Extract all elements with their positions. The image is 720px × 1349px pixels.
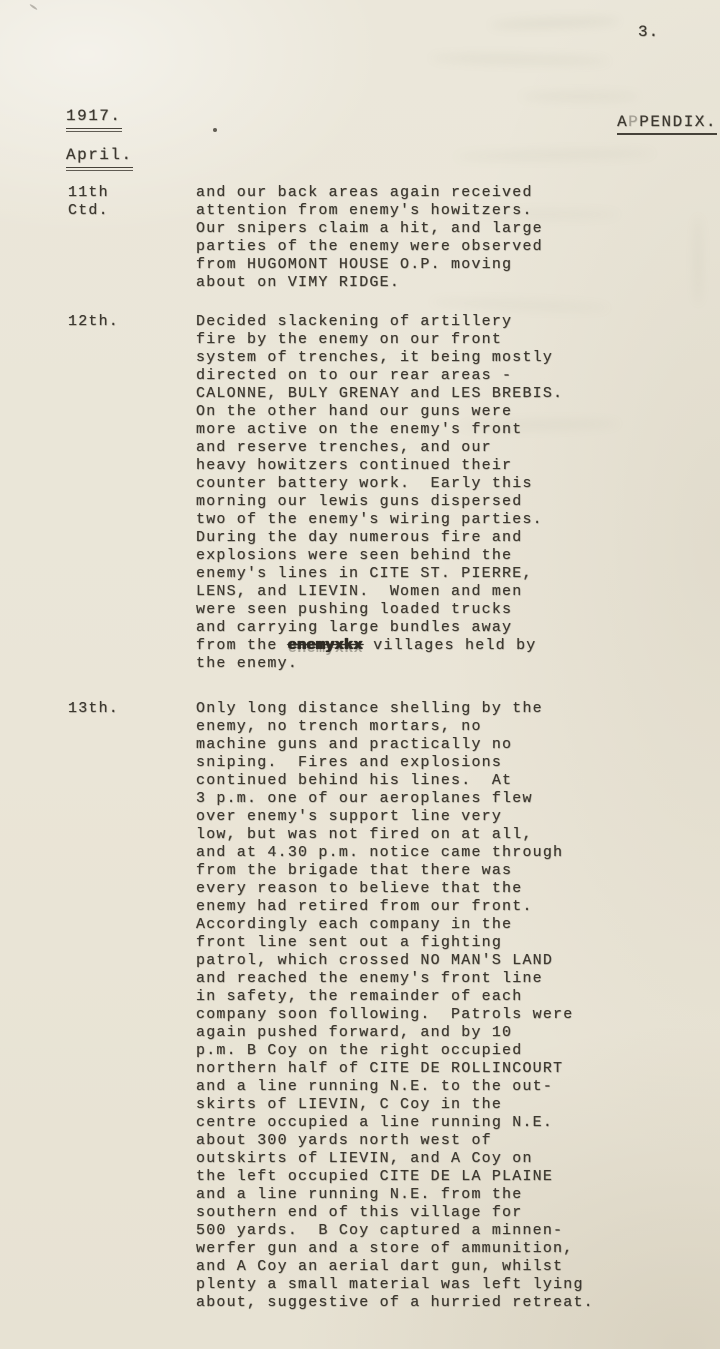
entry-line: in safety, the remainder of each	[196, 988, 704, 1006]
showthrough-mark	[520, 92, 640, 101]
entry-line: enemy had retired from our front.	[196, 898, 704, 916]
entry-line: explosions were seen behind the	[196, 547, 704, 565]
entry-line: and a line running N.E. from the	[196, 1186, 704, 1204]
month-heading: April.	[66, 146, 133, 168]
entry-line: counter battery work. Early this	[196, 475, 704, 493]
entry-line: over enemy's support line very	[196, 808, 704, 826]
showthrough-mark	[455, 148, 655, 161]
entry-line: about, suggestive of a hurried retreat.	[196, 1294, 704, 1312]
showthrough-mark	[430, 53, 610, 65]
entry-date-label-line: 13th.	[68, 700, 196, 718]
overstruck-text: enemyxkx	[288, 637, 363, 654]
entry-line: outskirts of LIEVIN, and A Coy on	[196, 1150, 704, 1168]
appendix-rest: PENDIX.	[639, 113, 717, 131]
entry-line: two of the enemy's wiring parties.	[196, 511, 704, 529]
entry-line: the enemy.	[196, 655, 704, 673]
entry-date-label-line: 11th	[68, 184, 196, 202]
appendix-lead: A	[617, 113, 628, 131]
entry-line: and A Coy an aerial dart gun, whilst	[196, 1258, 704, 1276]
entry-date-label: 12th.	[68, 313, 196, 331]
entry-line: plenty a small material was left lying	[196, 1276, 704, 1294]
entry-line: Accordingly each company in the	[196, 916, 704, 934]
month-heading-text: April.	[66, 146, 133, 168]
year-heading-text: 1917.	[66, 107, 122, 129]
entry-line: skirts of LIEVIN, C Coy in the	[196, 1096, 704, 1114]
entry-line: LENS, and LIEVIN. Women and men	[196, 583, 704, 601]
entry-line: from HUGOMONT HOUSE O.P. moving	[196, 256, 704, 274]
entry-line: system of trenches, it being mostly	[196, 349, 704, 367]
entry-line: from the enemyxkx villages held by	[196, 637, 704, 655]
showthrough-mark	[490, 16, 620, 31]
entry-line: On the other hand our guns were	[196, 403, 704, 421]
entry-line: and at 4.30 p.m. notice came through	[196, 844, 704, 862]
entry-line: northern half of CITE DE ROLLINCOURT	[196, 1060, 704, 1078]
ink-speck	[29, 4, 38, 11]
entry-line: southern end of this village for	[196, 1204, 704, 1222]
entry-line: were seen pushing loaded trucks	[196, 601, 704, 619]
appendix-faint-letter: P	[628, 113, 639, 131]
entry-line: machine guns and practically no	[196, 736, 704, 754]
entry-line: 500 yards. B Coy captured a minnen-	[196, 1222, 704, 1240]
entry-line: centre occupied a line running N.E.	[196, 1114, 704, 1132]
diary-entry: 11thCtd.and our back areas again receive…	[68, 184, 704, 292]
entry-line: about 300 yards north west of	[196, 1132, 704, 1150]
entry-line: the left occupied CITE DE LA PLAINE	[196, 1168, 704, 1186]
entry-line: again pushed forward, and by 10	[196, 1024, 704, 1042]
ink-speck	[213, 128, 217, 132]
entry-line: parties of the enemy were observed	[196, 238, 704, 256]
entry-body: Decided slackening of artilleryfire by t…	[196, 313, 704, 673]
diary-entry: 13th.Only long distance shelling by thee…	[68, 700, 704, 1312]
entry-date-label: 13th.	[68, 700, 196, 718]
entry-line: about on VIMY RIDGE.	[196, 274, 704, 292]
entry-line: Only long distance shelling by the	[196, 700, 704, 718]
entry-line: company soon following. Patrols were	[196, 1006, 704, 1024]
entry-line: more active on the enemy's front	[196, 421, 704, 439]
appendix-heading: APPENDIX.	[617, 113, 717, 135]
year-heading: 1917.	[66, 107, 122, 129]
entry-line: continued behind his lines. At	[196, 772, 704, 790]
entry-line: Our snipers claim a hit, and large	[196, 220, 704, 238]
entry-line: low, but was not fired on at all,	[196, 826, 704, 844]
entry-line: p.m. B Coy on the right occupied	[196, 1042, 704, 1060]
entry-line: and a line running N.E. to the out-	[196, 1078, 704, 1096]
document-page: 3. 1917. APPENDIX. April. 11thCtd.and ou…	[0, 0, 720, 1349]
entry-line: patrol, which crossed NO MAN'S LAND	[196, 952, 704, 970]
entry-line: 3 p.m. one of our aeroplanes flew	[196, 790, 704, 808]
entry-body: Only long distance shelling by theenemy,…	[196, 700, 704, 1312]
entry-line: CALONNE, BULY GRENAY and LES BREBIS.	[196, 385, 704, 403]
entry-line: enemy's lines in CITE ST. PIERRE,	[196, 565, 704, 583]
entry-line: and reached the enemy's front line	[196, 970, 704, 988]
entry-line: attention from enemy's howitzers.	[196, 202, 704, 220]
entry-line: morning our lewis guns dispersed	[196, 493, 704, 511]
entry-line: front line sent out a fighting	[196, 934, 704, 952]
entry-line: enemy, no trench mortars, no	[196, 718, 704, 736]
entry-line: fire by the enemy on our front	[196, 331, 704, 349]
entry-date-label-line: Ctd.	[68, 202, 196, 220]
entry-line: from the brigade that there was	[196, 862, 704, 880]
entry-line: directed on to our rear areas -	[196, 367, 704, 385]
entry-line: werfer gun and a store of ammunition,	[196, 1240, 704, 1258]
showthrough-mark	[430, 297, 610, 313]
entry-line: sniping. Fires and explosions	[196, 754, 704, 772]
entry-line: heavy howitzers continued their	[196, 457, 704, 475]
entry-body: and our back areas again receivedattenti…	[196, 184, 704, 292]
entry-date-label: 11thCtd.	[68, 184, 196, 220]
entry-line: Decided slackening of artillery	[196, 313, 704, 331]
entry-line: and reserve trenches, and our	[196, 439, 704, 457]
entry-line: every reason to believe that the	[196, 880, 704, 898]
entry-line: and carrying large bundles away	[196, 619, 704, 637]
appendix-heading-text: APPENDIX.	[617, 113, 717, 135]
diary-entry: 12th.Decided slackening of artilleryfire…	[68, 313, 704, 673]
page-number: 3.	[638, 23, 659, 41]
entry-line: and our back areas again received	[196, 184, 704, 202]
entry-date-label-line: 12th.	[68, 313, 196, 331]
entry-line: During the day numerous fire and	[196, 529, 704, 547]
